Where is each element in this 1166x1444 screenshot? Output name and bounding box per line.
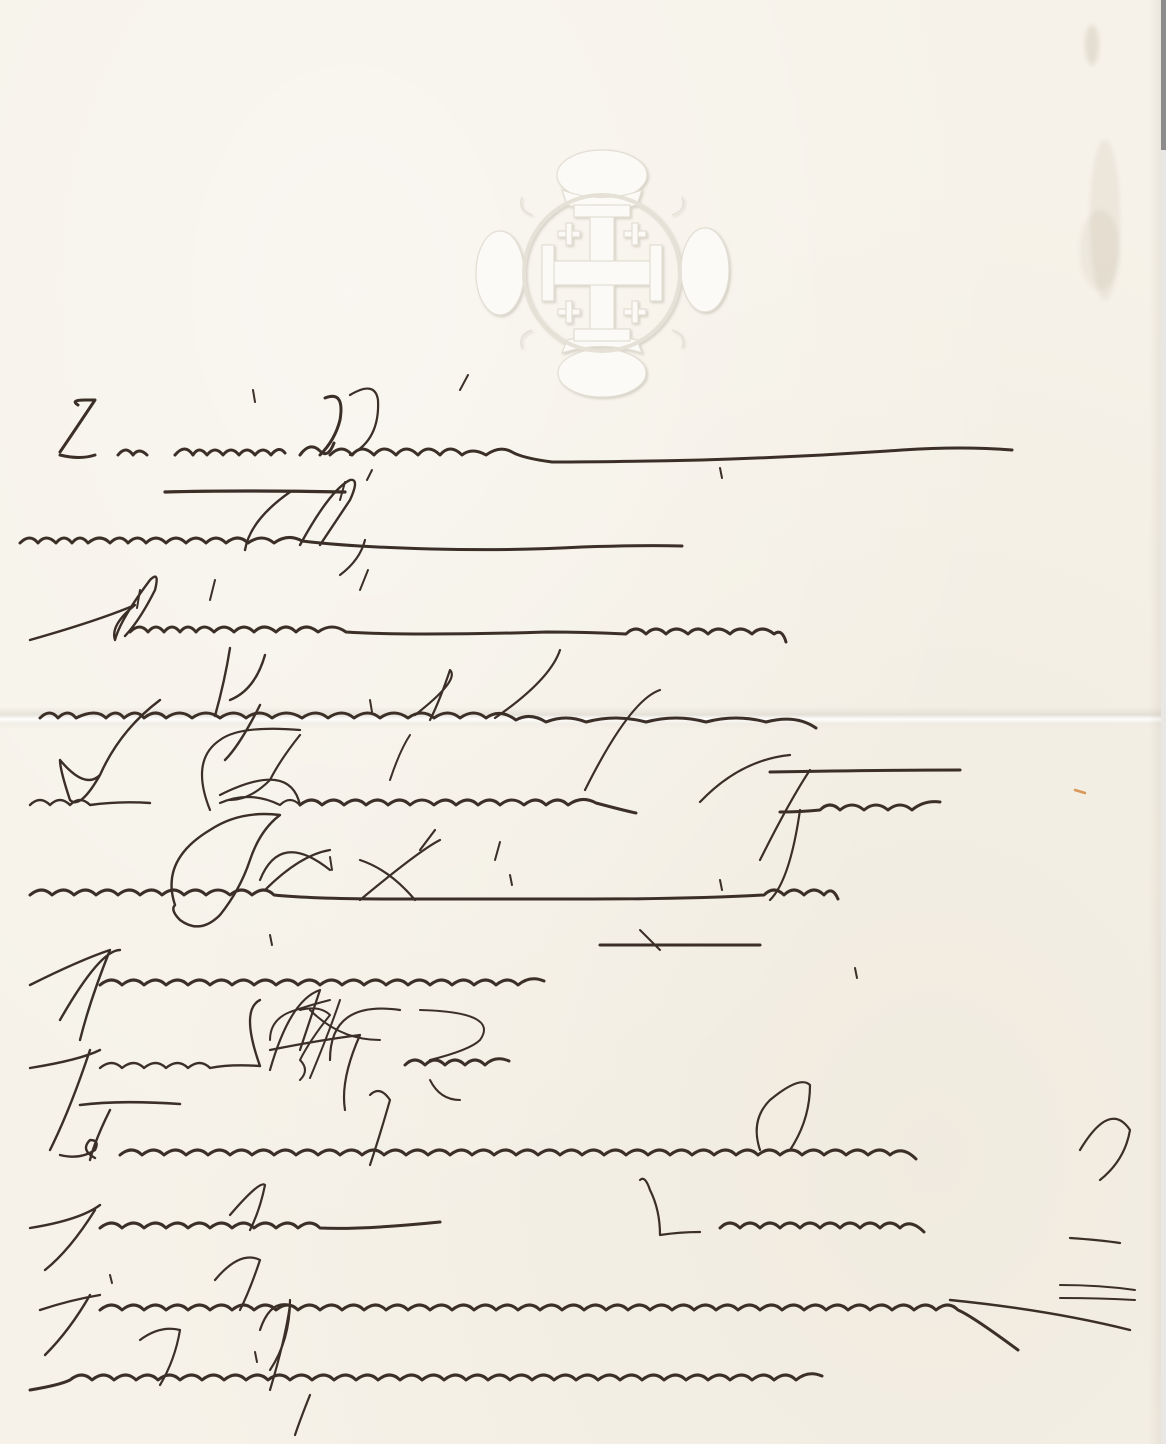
letter-page: Je crains d'avoir contribué, à ce que vo…: [0, 0, 1166, 1444]
scanner-edge: [1161, 0, 1166, 1444]
page-edge-shadow: [1149, 0, 1161, 1444]
